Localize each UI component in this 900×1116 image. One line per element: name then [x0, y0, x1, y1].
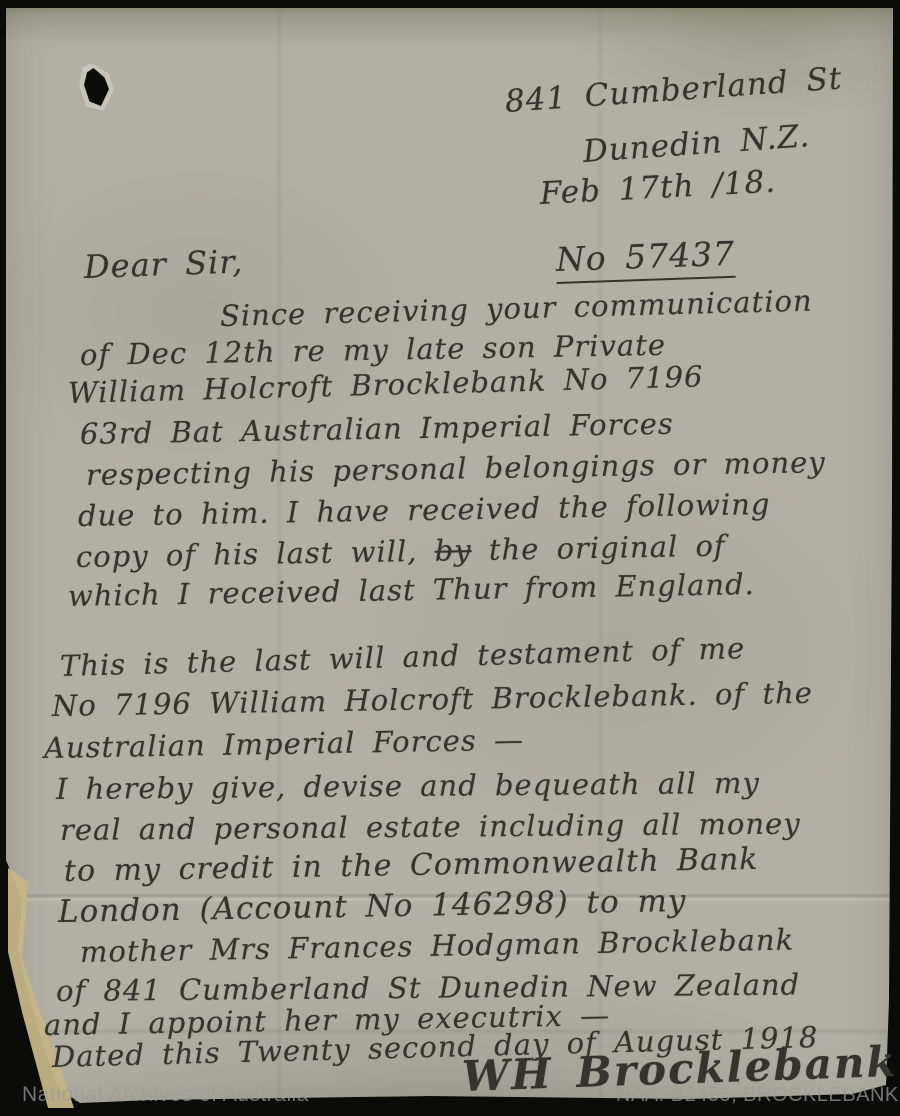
watermark-archives: National Archives of Australia — [22, 1083, 309, 1107]
service-number: No 57437 — [555, 234, 736, 284]
body-text: the original of — [471, 529, 726, 567]
salutation: Dear Sir, — [83, 242, 243, 286]
watermark-series-barcode: NAA: B2455, BROCKLEBANK W H — [616, 1084, 900, 1107]
document-scan: 841 Cumberland St Dunedin N.Z. Feb 17th … — [0, 0, 900, 1116]
body-text: copy of his last will, — [76, 534, 435, 574]
will-line: real and personal estate including all m… — [60, 807, 801, 847]
struck-word: by — [434, 533, 472, 568]
will-line: I hereby give, devise and bequeath all m… — [56, 766, 760, 806]
